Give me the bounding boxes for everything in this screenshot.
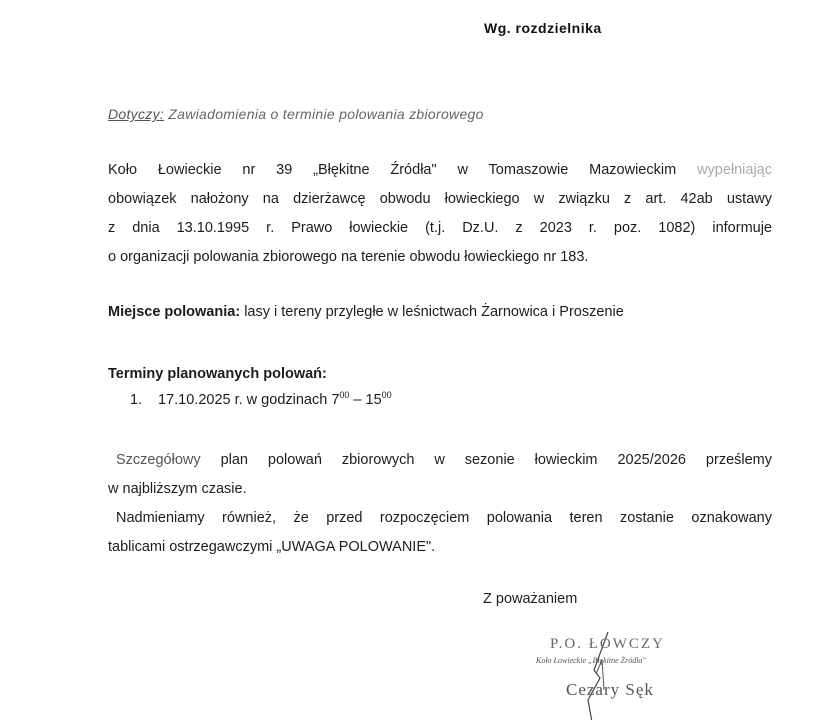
intro-text: o organizacji polowania zbiorowego na te… (108, 249, 588, 265)
subject-text: Zawiadomienia o terminie polowania zbior… (168, 106, 483, 122)
date-end: – 15 (349, 392, 381, 408)
planned-date-item: 1.17.10.2025 r. w godzinach 700 – 1500 (130, 392, 392, 408)
closing-salutation: Z poważaniem (483, 591, 577, 607)
intro-paragraph: Koło Łowieckie nr 39 „Błękitne Źródła" w… (108, 156, 772, 272)
subject-line: Dotyczy: Zawiadomienia o terminie polowa… (108, 106, 484, 122)
subject-label: Dotyczy: (108, 106, 164, 122)
hunting-place: Miejsce polowania: lasy i tereny przyleg… (108, 304, 624, 320)
intro-line: z dnia 13.10.1995 r. Prawo łowieckie (t.… (108, 214, 772, 243)
stamp-title: P.O. ŁOWCZY (550, 636, 665, 653)
plan-line: tablicami ostrzegawczymi „UWAGA POLOWANI… (108, 533, 772, 562)
intro-text: z dnia 13.10.1995 r. Prawo łowieckie (t.… (108, 220, 772, 236)
recipient-line: Wg. rozdzielnika (484, 20, 602, 36)
intro-line: Koło Łowieckie nr 39 „Błękitne Źródła" w… (108, 156, 772, 185)
intro-line: obowiązek nałożony na dzierżawcę obwodu … (108, 185, 772, 214)
signature-stamp: P.O. ŁOWCZY Koło Łowieckie „Błękitne Źró… (530, 636, 700, 720)
planned-dates-title: Terminy planowanych polowań: (108, 366, 327, 382)
intro-faded-text: wypełniając (697, 162, 772, 178)
plan-text: plan polowań zbiorowych w sezonie łowiec… (201, 452, 772, 468)
intro-text: obowiązek nałożony na dzierżawcę obwodu … (108, 191, 772, 207)
date-text: 17.10.2025 r. w godzinach 7 (158, 392, 339, 408)
plan-line: w najbliższym czasie. (108, 475, 772, 504)
plan-line: Nadmieniamy również, że przed rozpoczęci… (108, 504, 772, 533)
stamp-organization: Koło Łowieckie „Błękitne Źródła" (536, 656, 646, 665)
plan-line: Szczegółowy plan polowań zbiorowych w se… (108, 446, 772, 475)
hunting-place-value: lasy i tereny przyległe w leśnictwach Ża… (244, 304, 624, 320)
intro-text: Koło Łowieckie nr 39 „Błękitne Źródła" w… (108, 162, 697, 178)
intro-line: o organizacji polowania zbiorowego na te… (108, 243, 772, 272)
end-minutes: 00 (382, 390, 392, 400)
plan-faded-text: Szczegółowy (116, 452, 201, 468)
plan-paragraph: Szczegółowy plan polowań zbiorowych w se… (108, 446, 772, 562)
stamp-name: Cezary Sęk (566, 680, 654, 700)
list-number: 1. (130, 392, 158, 408)
start-minutes: 00 (339, 390, 349, 400)
hunting-place-label: Miejsce polowania: (108, 304, 240, 320)
